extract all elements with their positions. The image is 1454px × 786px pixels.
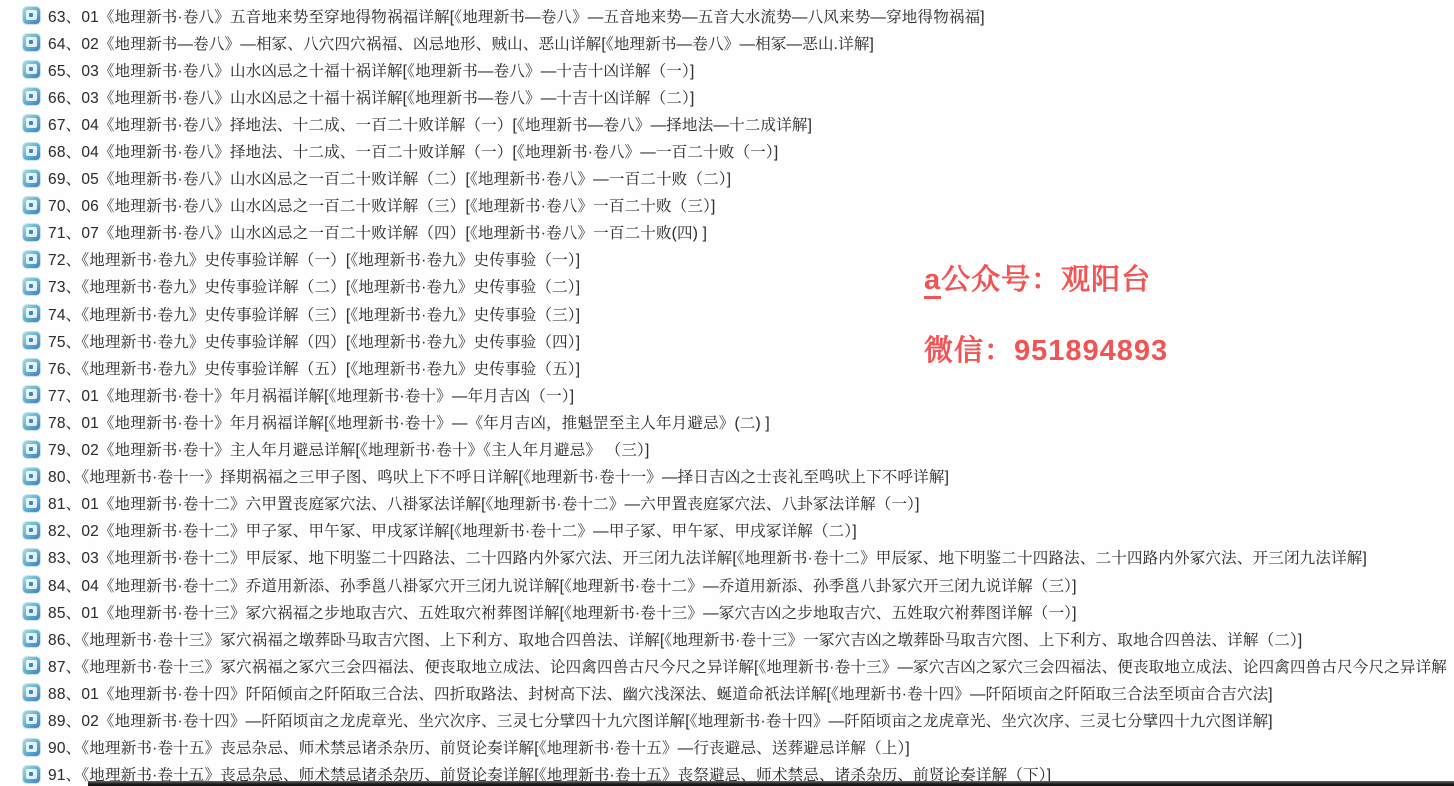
list-item[interactable]: 88、01《地理新书·卷十四》阡陌倾亩之阡陌取三合法、四折取路法、封树高下法、幽… <box>0 679 1454 706</box>
list-item-label: 81、01《地理新书·卷十二》六甲置丧庭冢穴法、八褂冢法详解[《地理新书·卷十二… <box>48 492 920 514</box>
media-file-icon <box>23 576 40 593</box>
list-item-label: 73、《地理新书·卷九》史传事验详解（二）[《地理新书·卷九》史传事验（二）] <box>48 275 580 297</box>
list-item[interactable]: 69、05《地理新书·卷八》山水凶忌之一百二十败详解（二）[《地理新书·卷八》—… <box>0 165 1454 192</box>
list-item[interactable]: 71、07《地理新书·卷八》山水凶忌之一百二十败详解（四）[《地理新书·卷八》一… <box>0 219 1454 246</box>
media-file-icon <box>23 197 40 214</box>
list-item[interactable]: 66、03《地理新书·卷八》山水凶忌之十福十祸详解[《地理新书—卷八》—十吉十凶… <box>0 83 1454 110</box>
media-file-icon <box>23 630 40 647</box>
list-item-label: 83、03《地理新书·卷十二》甲辰冢、地下明鉴二十四路法、二十四路内外冢穴法、开… <box>48 546 1367 568</box>
list-item-label: 79、02《地理新书·卷十》主人年月避忌详解[《地理新书·卷十》《主人年月避忌》… <box>48 438 649 460</box>
media-file-icon <box>23 278 40 295</box>
watermark-account-line: a公众号：观阳台 <box>924 260 1168 300</box>
list-item-label: 63、01《地理新书·卷八》五音地来势至穿地得物祸福详解[《地理新书—卷八》—五… <box>48 5 985 27</box>
list-item[interactable]: 74、《地理新书·卷九》史传事验详解（三）[《地理新书·卷九》史传事验（三）] <box>0 300 1454 327</box>
list-item-label: 72、《地理新书·卷九》史传事验详解（一）[《地理新书·卷九》史传事验（一）] <box>48 248 580 270</box>
media-file-icon <box>23 495 40 512</box>
list-item[interactable]: 70、06《地理新书·卷八》山水凶忌之一百二十败详解（三）[《地理新书·卷八》一… <box>0 192 1454 219</box>
media-file-icon <box>23 88 40 105</box>
list-item[interactable]: 90、《地理新书·卷十五》丧忌杂忌、师术禁忌诸杀杂历、前贤论奏详解[《地理新书·… <box>0 734 1454 761</box>
media-file-icon <box>23 413 40 430</box>
list-item-label: 75、《地理新书·卷九》史传事验详解（四）[《地理新书·卷九》史传事验（四）] <box>48 330 580 352</box>
media-file-icon <box>23 766 40 783</box>
media-file-icon <box>23 684 40 701</box>
list-item-label: 76、《地理新书·卷九》史传事验详解（五）[《地理新书·卷九》史传事验（五）] <box>48 357 580 379</box>
list-item[interactable]: 65、03《地理新书·卷八》山水凶忌之十福十祸详解[《地理新书—卷八》—十吉十凶… <box>0 56 1454 83</box>
media-file-icon <box>23 7 40 24</box>
list-item[interactable]: 80、《地理新书·卷十一》择期祸福之三甲子图、鸣吠上下不呼日详解[《地理新书·卷… <box>0 463 1454 490</box>
watermark-account-prefix: a <box>924 264 941 299</box>
media-file-icon <box>23 441 40 458</box>
watermark: a公众号：观阳台 微信：951894893 <box>924 260 1168 371</box>
media-file-icon <box>23 170 40 187</box>
media-file-icon <box>23 468 40 485</box>
list-item[interactable]: 86、《地理新书·卷十三》冢穴祸福之墩葬卧马取吉穴图、上下利方、取地合四兽法、详… <box>0 625 1454 652</box>
list-item[interactable]: 73、《地理新书·卷九》史传事验详解（二）[《地理新书·卷九》史传事验（二）] <box>0 273 1454 300</box>
list-item[interactable]: 75、《地理新书·卷九》史传事验详解（四）[《地理新书·卷九》史传事验（四）] <box>0 327 1454 354</box>
list-item[interactable]: 87、《地理新书·卷十三》冢穴祸福之冢穴三会四福法、便丧取地立成法、论四禽四兽古… <box>0 652 1454 679</box>
list-item-label: 85、01《地理新书·卷十三》冢穴祸福之步地取吉穴、五姓取穴祔葬图详解[《地理新… <box>48 601 1077 623</box>
list-item-label: 77、01《地理新书·卷十》年月祸福详解[《地理新书·卷十》—年月吉凶（一）] <box>48 384 574 406</box>
media-file-icon <box>23 305 40 322</box>
list-item-label: 82、02《地理新书·卷十二》甲子冢、甲午冢、甲戌冢详解[《地理新书·卷十二》—… <box>48 519 857 541</box>
media-file-icon <box>23 359 40 376</box>
list-item-label: 88、01《地理新书·卷十四》阡陌倾亩之阡陌取三合法、四折取路法、封树高下法、幽… <box>48 682 1273 704</box>
list-item-label: 84、04《地理新书·卷十二》乔道用新添、孙季邕八褂冢穴开三闭九说详解[《地理新… <box>48 574 1077 596</box>
media-file-icon <box>23 332 40 349</box>
list-item-label: 78、01《地理新书·卷十》年月祸福详解[《地理新书·卷十》—《年月吉凶，推魁罡… <box>48 411 770 433</box>
list-item-label: 66、03《地理新书·卷八》山水凶忌之十福十祸详解[《地理新书—卷八》—十吉十凶… <box>48 86 694 108</box>
list-item-label: 69、05《地理新书·卷八》山水凶忌之一百二十败详解（二）[《地理新书·卷八》—… <box>48 167 731 189</box>
list-item-label: 89、02《地理新书·卷十四》—阡陌顷亩之龙虎章光、坐穴次序、三灵七分擘四十九穴… <box>48 709 1273 731</box>
list-item[interactable]: 79、02《地理新书·卷十》主人年月避忌详解[《地理新书·卷十》《主人年月避忌》… <box>0 436 1454 463</box>
list-item-label: 70、06《地理新书·卷八》山水凶忌之一百二十败详解（三）[《地理新书·卷八》一… <box>48 194 716 216</box>
list-item-label: 68、04《地理新书·卷八》择地法、十二成、一百二十败详解（一）[《地理新书·卷… <box>48 140 778 162</box>
list-item[interactable]: 78、01《地理新书·卷十》年月祸福详解[《地理新书·卷十》—《年月吉凶，推魁罡… <box>0 408 1454 435</box>
list-item-label: 64、02《地理新书—卷八》—相冢、八穴四穴祸福、凶忌地形、贼山、恶山详解[《地… <box>48 32 874 54</box>
media-file-icon <box>23 657 40 674</box>
media-file-icon <box>23 34 40 51</box>
watermark-account-label: 公众号：观阳台 <box>941 264 1151 296</box>
media-file-icon <box>23 739 40 756</box>
media-file-icon <box>23 522 40 539</box>
list-item[interactable]: 77、01《地理新书·卷十》年月祸福详解[《地理新书·卷十》—年月吉凶（一）] <box>0 381 1454 408</box>
media-file-icon <box>23 549 40 566</box>
list-item[interactable]: 81、01《地理新书·卷十二》六甲置丧庭冢穴法、八褂冢法详解[《地理新书·卷十二… <box>0 490 1454 517</box>
list-item[interactable]: 68、04《地理新书·卷八》择地法、十二成、一百二十败详解（一）[《地理新书·卷… <box>0 137 1454 164</box>
list-item-label: 67、04《地理新书·卷八》择地法、十二成、一百二十败详解（一）[《地理新书—卷… <box>48 113 812 135</box>
list-item[interactable]: 82、02《地理新书·卷十二》甲子冢、甲午冢、甲戌冢详解[《地理新书·卷十二》—… <box>0 517 1454 544</box>
media-file-icon <box>23 224 40 241</box>
list-item-label: 65、03《地理新书·卷八》山水凶忌之十福十祸详解[《地理新书—卷八》—十吉十凶… <box>48 59 694 81</box>
media-file-icon <box>23 251 40 268</box>
list-item[interactable]: 84、04《地理新书·卷十二》乔道用新添、孙季邕八褂冢穴开三闭九说详解[《地理新… <box>0 571 1454 598</box>
episode-list: 63、01《地理新书·卷八》五音地来势至穿地得物祸福详解[《地理新书—卷八》—五… <box>0 2 1454 786</box>
list-item[interactable]: 67、04《地理新书·卷八》择地法、十二成、一百二十败详解（一）[《地理新书—卷… <box>0 110 1454 137</box>
list-item[interactable]: 76、《地理新书·卷九》史传事验详解（五）[《地理新书·卷九》史传事验（五）] <box>0 354 1454 381</box>
list-item-label: 90、《地理新书·卷十五》丧忌杂忌、师术禁忌诸杀杂历、前贤论奏详解[《地理新书·… <box>48 736 910 758</box>
list-item-label: 86、《地理新书·卷十三》冢穴祸福之墩葬卧马取吉穴图、上下利方、取地合四兽法、详… <box>48 628 1302 650</box>
list-item[interactable]: 85、01《地理新书·卷十三》冢穴祸福之步地取吉穴、五姓取穴祔葬图详解[《地理新… <box>0 598 1454 625</box>
list-item-label: 71、07《地理新书·卷八》山水凶忌之一百二十败详解（四）[《地理新书·卷八》一… <box>48 221 707 243</box>
list-item[interactable]: 83、03《地理新书·卷十二》甲辰冢、地下明鉴二十四路法、二十四路内外冢穴法、开… <box>0 544 1454 571</box>
list-item[interactable]: 64、02《地理新书—卷八》—相冢、八穴四穴祸福、凶忌地形、贼山、恶山详解[《地… <box>0 29 1454 56</box>
media-file-icon <box>23 711 40 728</box>
watermark-wechat-line: 微信：951894893 <box>924 331 1168 371</box>
list-item[interactable]: 89、02《地理新书·卷十四》—阡陌顷亩之龙虎章光、坐穴次序、三灵七分擘四十九穴… <box>0 706 1454 733</box>
media-file-icon <box>23 603 40 620</box>
list-item[interactable]: 72、《地理新书·卷九》史传事验详解（一）[《地理新书·卷九》史传事验（一）] <box>0 246 1454 273</box>
media-file-icon <box>23 115 40 132</box>
media-file-icon <box>23 386 40 403</box>
list-item[interactable]: 63、01《地理新书·卷八》五音地来势至穿地得物祸福详解[《地理新书—卷八》—五… <box>0 2 1454 29</box>
bottom-edge-bar <box>88 781 1454 786</box>
list-item-label: 74、《地理新书·卷九》史传事验详解（三）[《地理新书·卷九》史传事验（三）] <box>48 303 580 325</box>
media-file-icon <box>23 61 40 78</box>
media-file-icon <box>23 143 40 160</box>
list-item-label: 80、《地理新书·卷十一》择期祸福之三甲子图、鸣吠上下不呼日详解[《地理新书·卷… <box>48 465 949 487</box>
list-item-label: 87、《地理新书·卷十三》冢穴祸福之冢穴三会四福法、便丧取地立成法、论四禽四兽古… <box>48 655 1454 677</box>
